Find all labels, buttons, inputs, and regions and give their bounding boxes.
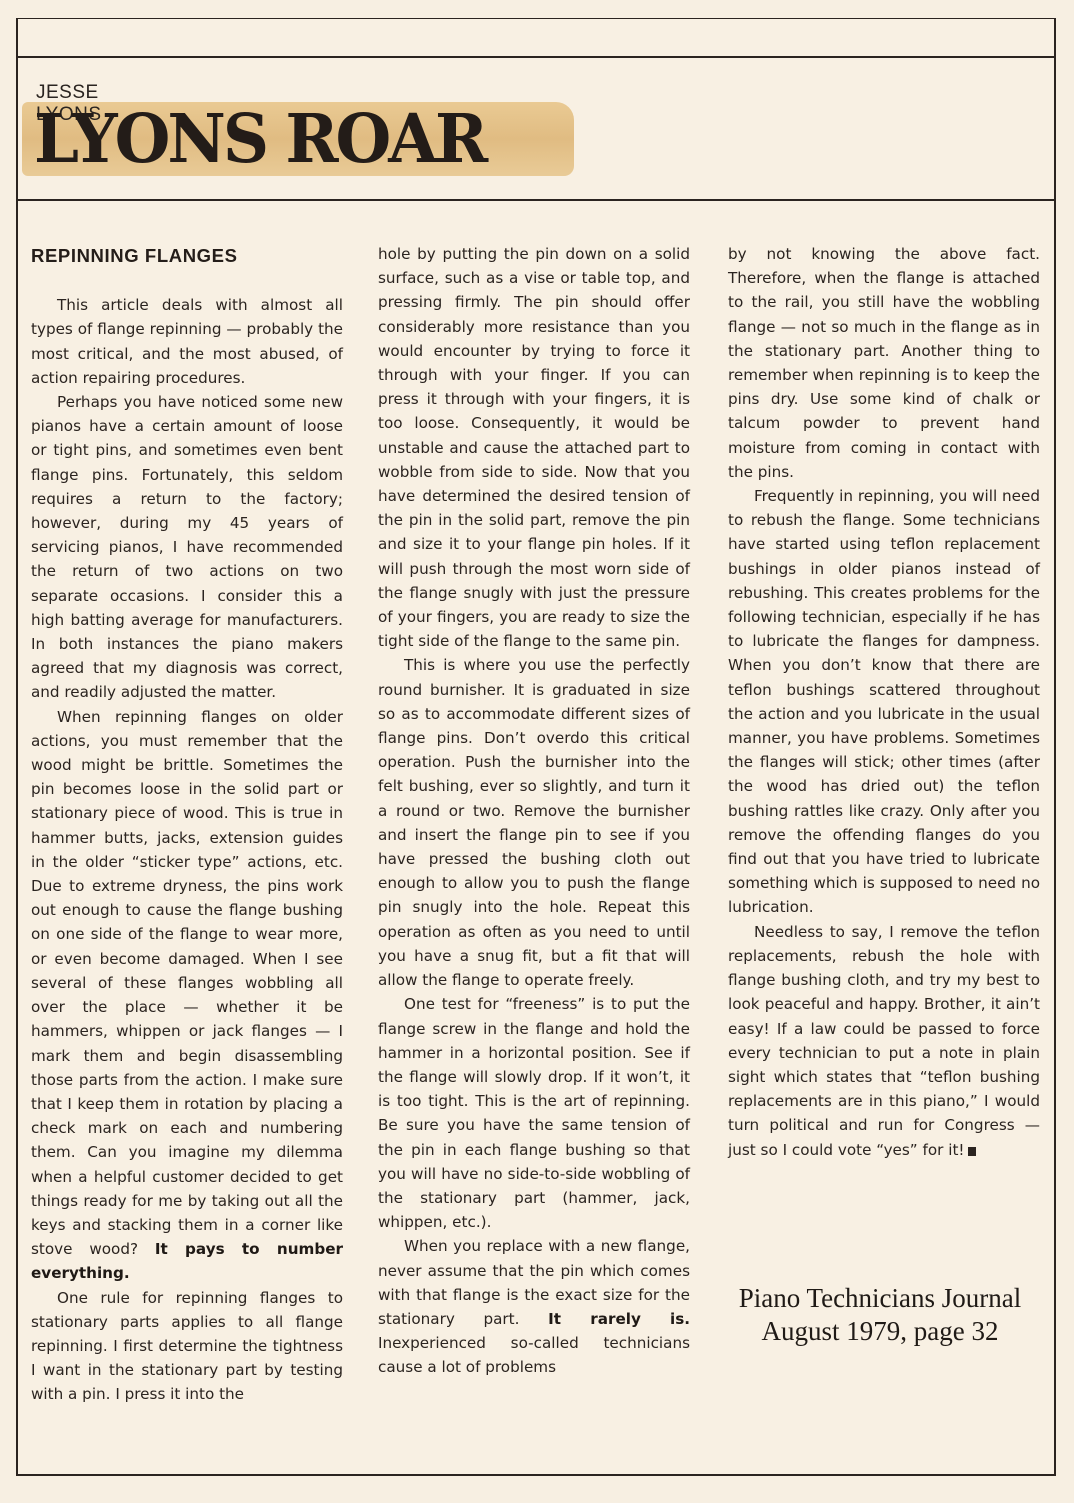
column-title: LYONS ROAR [34,100,485,179]
citation-date-page: August 1979, page 32 [715,1315,1045,1348]
emphasis-text: It rarely is. [548,1310,690,1328]
paragraph-text: When repinning flanges on older actions,… [31,708,343,1258]
end-of-article-square-icon [968,1147,976,1156]
paragraph-text: Needless to say, I remove the teflon rep… [728,923,1040,1159]
masthead-rule [18,199,1056,201]
paragraph: hole by putting the pin down on a solid … [378,242,690,653]
paragraph: Perhaps you have noticed some new pianos… [31,390,343,705]
scanned-page: JESSE LYONS LYONS ROAR REPINNING FLANGES… [0,0,1074,1503]
paragraph: This article deals with almost all types… [31,293,343,390]
article-column-1: REPINNING FLANGES This article deals wit… [31,242,343,1407]
paragraph: Needless to say, I remove the teflon rep… [728,920,1040,1162]
paragraph: by not knowing the above fact. Therefore… [728,242,1040,484]
article-column-2: hole by putting the pin down on a solid … [378,242,690,1380]
article-column-3: by not knowing the above fact. Therefore… [728,242,1040,1162]
source-citation: Piano Technicians Journal August 1979, p… [715,1282,1045,1348]
citation-journal: Piano Technicians Journal [715,1282,1045,1315]
top-rule [18,56,1056,58]
paragraph: When repinning flanges on older actions,… [31,705,343,1286]
paragraph: One test for “freeness” is to put the fl… [378,992,690,1234]
paragraph: One rule for repinning flanges to statio… [31,1286,343,1407]
article-heading: REPINNING FLANGES [31,244,343,268]
paragraph-text: Inexperienced so-called technicians caus… [378,1334,690,1376]
paragraph: This is where you use the perfectly roun… [378,653,690,992]
paragraph: When you replace with a new flange, neve… [378,1234,690,1379]
paragraph: Frequently in repinning, you will need t… [728,484,1040,920]
